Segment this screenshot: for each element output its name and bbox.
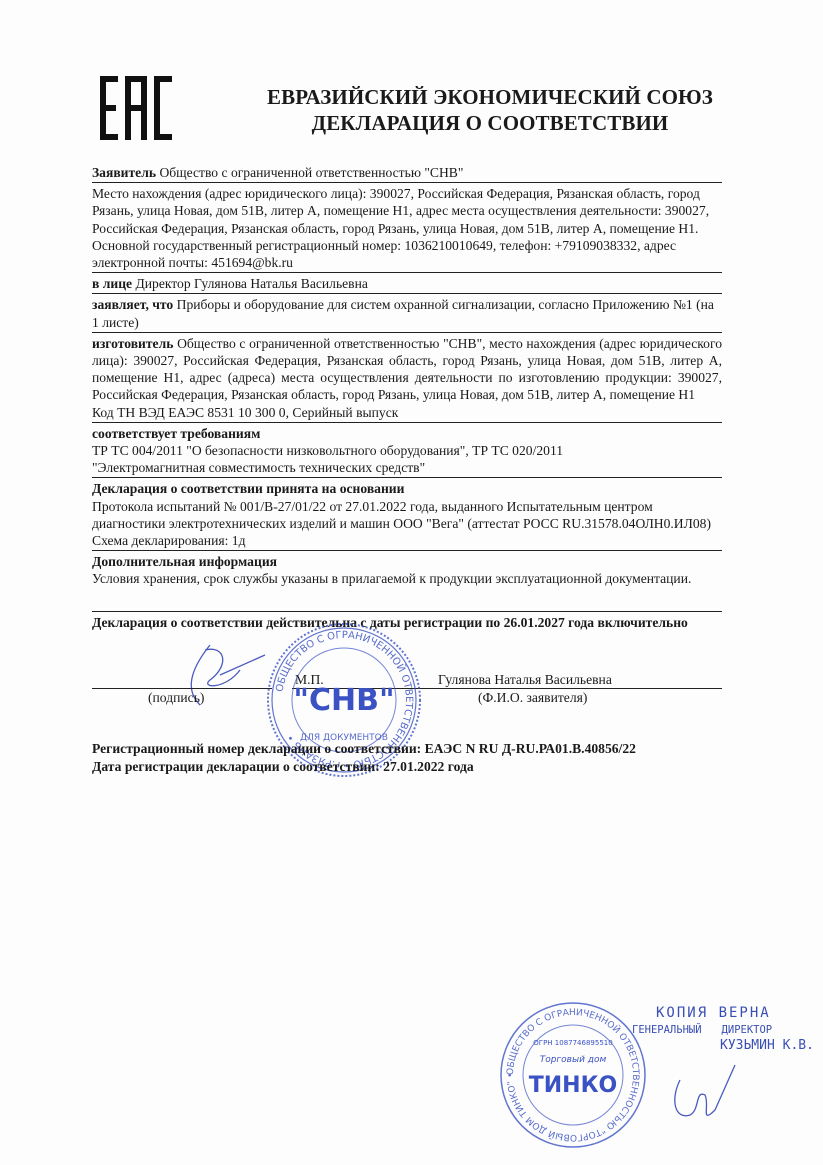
- title-union: ЕВРАЗИЙСКИЙ ЭКОНОМИЧЕСКИЙ СОЮЗ: [240, 84, 740, 110]
- document-title: ЕВРАЗИЙСКИЙ ЭКОНОМИЧЕСКИЙ СОЮЗ ДЕКЛАРАЦИ…: [240, 84, 740, 136]
- manufacturer-label: изготовитель: [92, 336, 173, 351]
- title-declaration: ДЕКЛАРАЦИЯ О СООТВЕТСТВИИ: [240, 110, 740, 136]
- manufacturer-value: Общество с ограниченной ответственностью…: [92, 336, 722, 403]
- declares-label: заявляет, что: [92, 297, 173, 312]
- requirements-line2: "Электромагнитная совместимость техничес…: [92, 459, 722, 476]
- declaration-scheme: Схема декларирования: 1д: [92, 532, 722, 549]
- basis-label: Декларация о соответствии принята на осн…: [92, 480, 722, 497]
- additional-info-section: Дополнительная информация Условия хранен…: [92, 553, 722, 611]
- basis-value: Протокола испытаний № 001/В-27/01/22 от …: [92, 498, 722, 532]
- tinko-seal-icon: ОБЩЕСТВО С ОГРАНИЧЕННОЙ ОТВЕТСТВЕННОСТЬЮ…: [498, 1000, 648, 1150]
- manufacturer-section: изготовитель Общество с ограниченной отв…: [92, 335, 722, 423]
- declares-value: Приборы и оборудование для систем охранн…: [92, 297, 714, 329]
- signature-label: (подпись): [148, 690, 204, 706]
- represented-by-label: в лице: [92, 276, 132, 291]
- copy-title-a: ГЕНЕРАЛЬНЫЙ: [632, 1024, 702, 1036]
- registration-date: Дата регистрации декларации о соответств…: [92, 758, 636, 776]
- fio-label: (Ф.И.О. заявителя): [478, 690, 587, 706]
- basis-section: Декларация о соответствии принята на осн…: [92, 480, 722, 551]
- requirements-section: соответствует требованиям ТР ТС 004/2011…: [92, 425, 722, 479]
- registration-block: Регистрационный номер декларации о соотв…: [92, 740, 636, 775]
- applicant-address: Место нахождения (адрес юридического лиц…: [92, 185, 722, 273]
- seal-center: "СНВ": [293, 683, 394, 718]
- tinko-ring-text: ОБЩЕСТВО С ОГРАНИЧЕННОЙ ОТВЕТСТВЕННОСТЬЮ…: [498, 1000, 640, 1142]
- copy-director-name: КУЗЬМИН К.В.: [720, 1038, 814, 1054]
- represented-by-value: Директор Гулянова Наталья Васильевна: [135, 276, 367, 291]
- eac-logo-icon: [100, 76, 172, 140]
- copy-certified: КОПИЯ ВЕРНА: [656, 1005, 814, 1021]
- signatory-name: Гулянова Наталья Васильевна: [438, 672, 612, 688]
- declares-section: заявляет, что Приборы и оборудование для…: [92, 296, 722, 332]
- additional-info-value: Условия хранения, срок службы указаны в …: [92, 570, 722, 587]
- applicant-section: Заявитель Общество с ограниченной ответс…: [92, 164, 722, 183]
- requirements-label: соответствует требованиям: [92, 425, 722, 442]
- declaration-body: Заявитель Общество с ограниченной ответс…: [92, 164, 722, 631]
- copy-title-b: ДИРЕКТОР: [722, 1024, 773, 1036]
- tinko-script: Торговый дом: [540, 1055, 607, 1065]
- represented-by-section: в лице Директор Гулянова Наталья Василье…: [92, 275, 722, 294]
- director-signature-icon: [660, 1060, 740, 1130]
- additional-info-label: Дополнительная информация: [92, 553, 722, 570]
- tinko-brand: ТИНКО: [529, 1073, 618, 1098]
- registration-number: Регистрационный номер декларации о соотв…: [92, 740, 636, 758]
- certified-copy-stamp: КОПИЯ ВЕРНА ГЕНЕРАЛЬНЫЙДИРЕКТОР КУЗЬМИН …: [632, 1005, 814, 1054]
- declaration-page: ЕВРАЗИЙСКИЙ ЭКОНОМИЧЕСКИЙ СОЮЗ ДЕКЛАРАЦИ…: [0, 0, 823, 1165]
- tinko-ogrn: ОГРН 1087746895510: [533, 1039, 612, 1047]
- applicant-label: Заявитель: [92, 165, 156, 180]
- hs-code: Код ТН ВЭД ЕАЭС 8531 10 300 0, Серийный …: [92, 404, 722, 421]
- applicant-value: Общество с ограниченной ответственностью…: [159, 165, 463, 180]
- svg-text:ОБЩЕСТВО С ОГРАНИЧЕННОЙ ОТВЕТС: ОБЩЕСТВО С ОГРАНИЧЕННОЙ ОТВЕТСТВЕННОСТЬЮ…: [498, 1000, 640, 1142]
- requirements-line1: ТР ТС 004/2011 "О безопасности низковоль…: [92, 442, 722, 459]
